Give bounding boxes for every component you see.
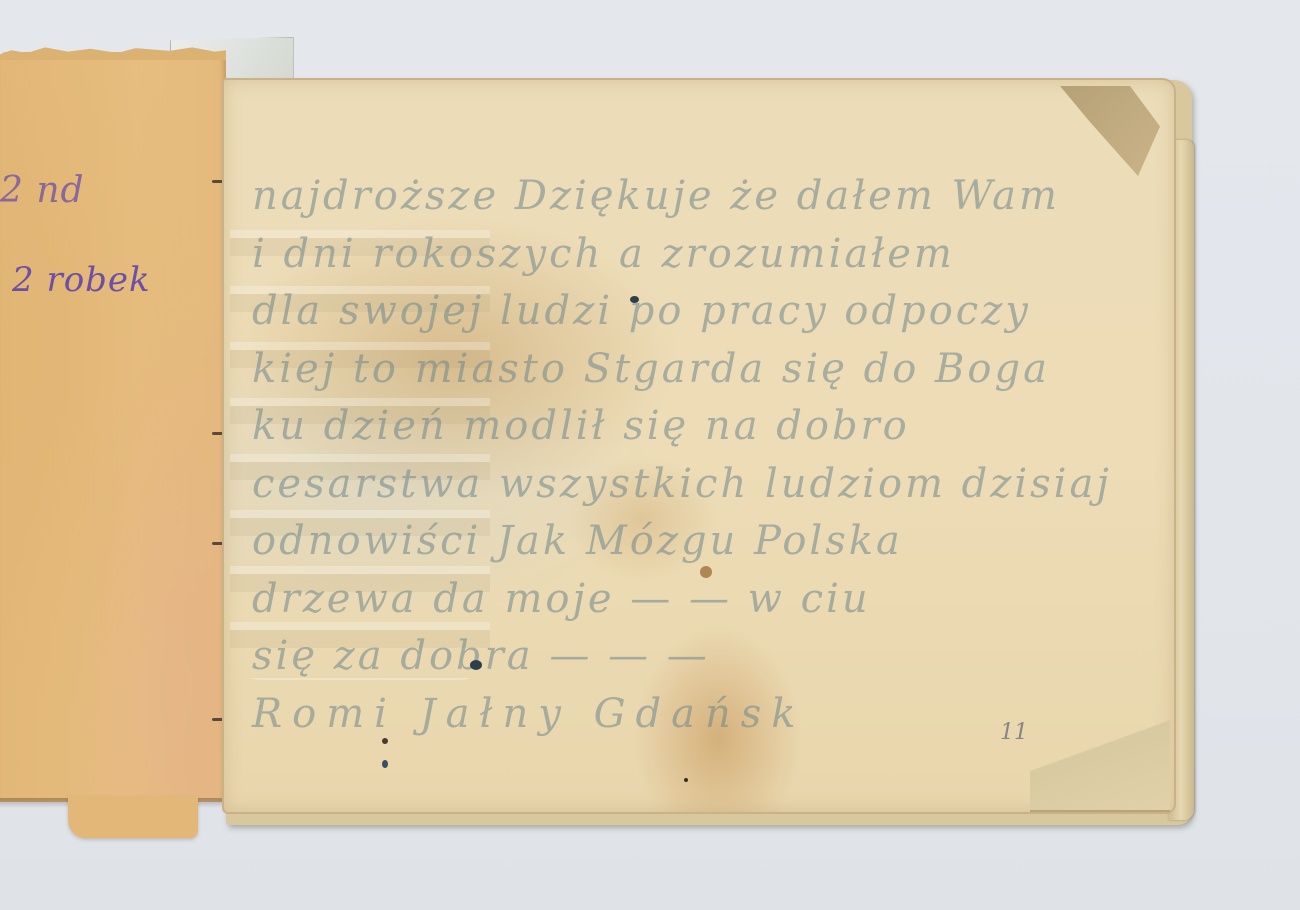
ink-dot xyxy=(382,760,388,768)
handwritten-line: się za dobra — — — xyxy=(252,628,1152,686)
handwritten-line: odnowiści Jak Mózgu Polska xyxy=(252,513,1152,571)
ink-dot xyxy=(382,738,388,744)
handwritten-line: cesarstwa wszystkich ludziom dzisiaj xyxy=(252,456,1152,514)
handwritten-line: i dni rokoszych a zrozumiałem xyxy=(252,226,1152,284)
handwritten-line: dla swojej ludzi po pracy odpoczy xyxy=(252,283,1152,341)
cover-handwriting-line-1: 2 nd xyxy=(0,170,85,211)
cover-torn-tab xyxy=(68,796,198,838)
page-mark: 11 xyxy=(1000,720,1028,745)
notebook-scan: 2 nd 2 robek najdroższe Dziękuje że dałe… xyxy=(0,0,1300,910)
stain-spot xyxy=(700,566,712,578)
ink-blot xyxy=(630,296,639,303)
left-cover-page: 2 nd 2 robek xyxy=(0,52,226,802)
handwritten-line: najdroższe Dziękuje że dałem Wam xyxy=(252,168,1152,226)
handwritten-line: ku dzień modlił się na dobro xyxy=(252,398,1152,456)
handwritten-text: najdroższe Dziękuje że dałem Wam i dni r… xyxy=(252,168,1152,743)
ink-blot xyxy=(470,660,482,670)
ink-dot xyxy=(684,778,688,782)
handwritten-line: kiej to miasto Stgarda się do Boga xyxy=(252,341,1152,399)
handwritten-line: drzewa da moje — — w ciu xyxy=(252,571,1152,629)
cover-handwriting-line-2: 2 robek xyxy=(12,260,151,300)
